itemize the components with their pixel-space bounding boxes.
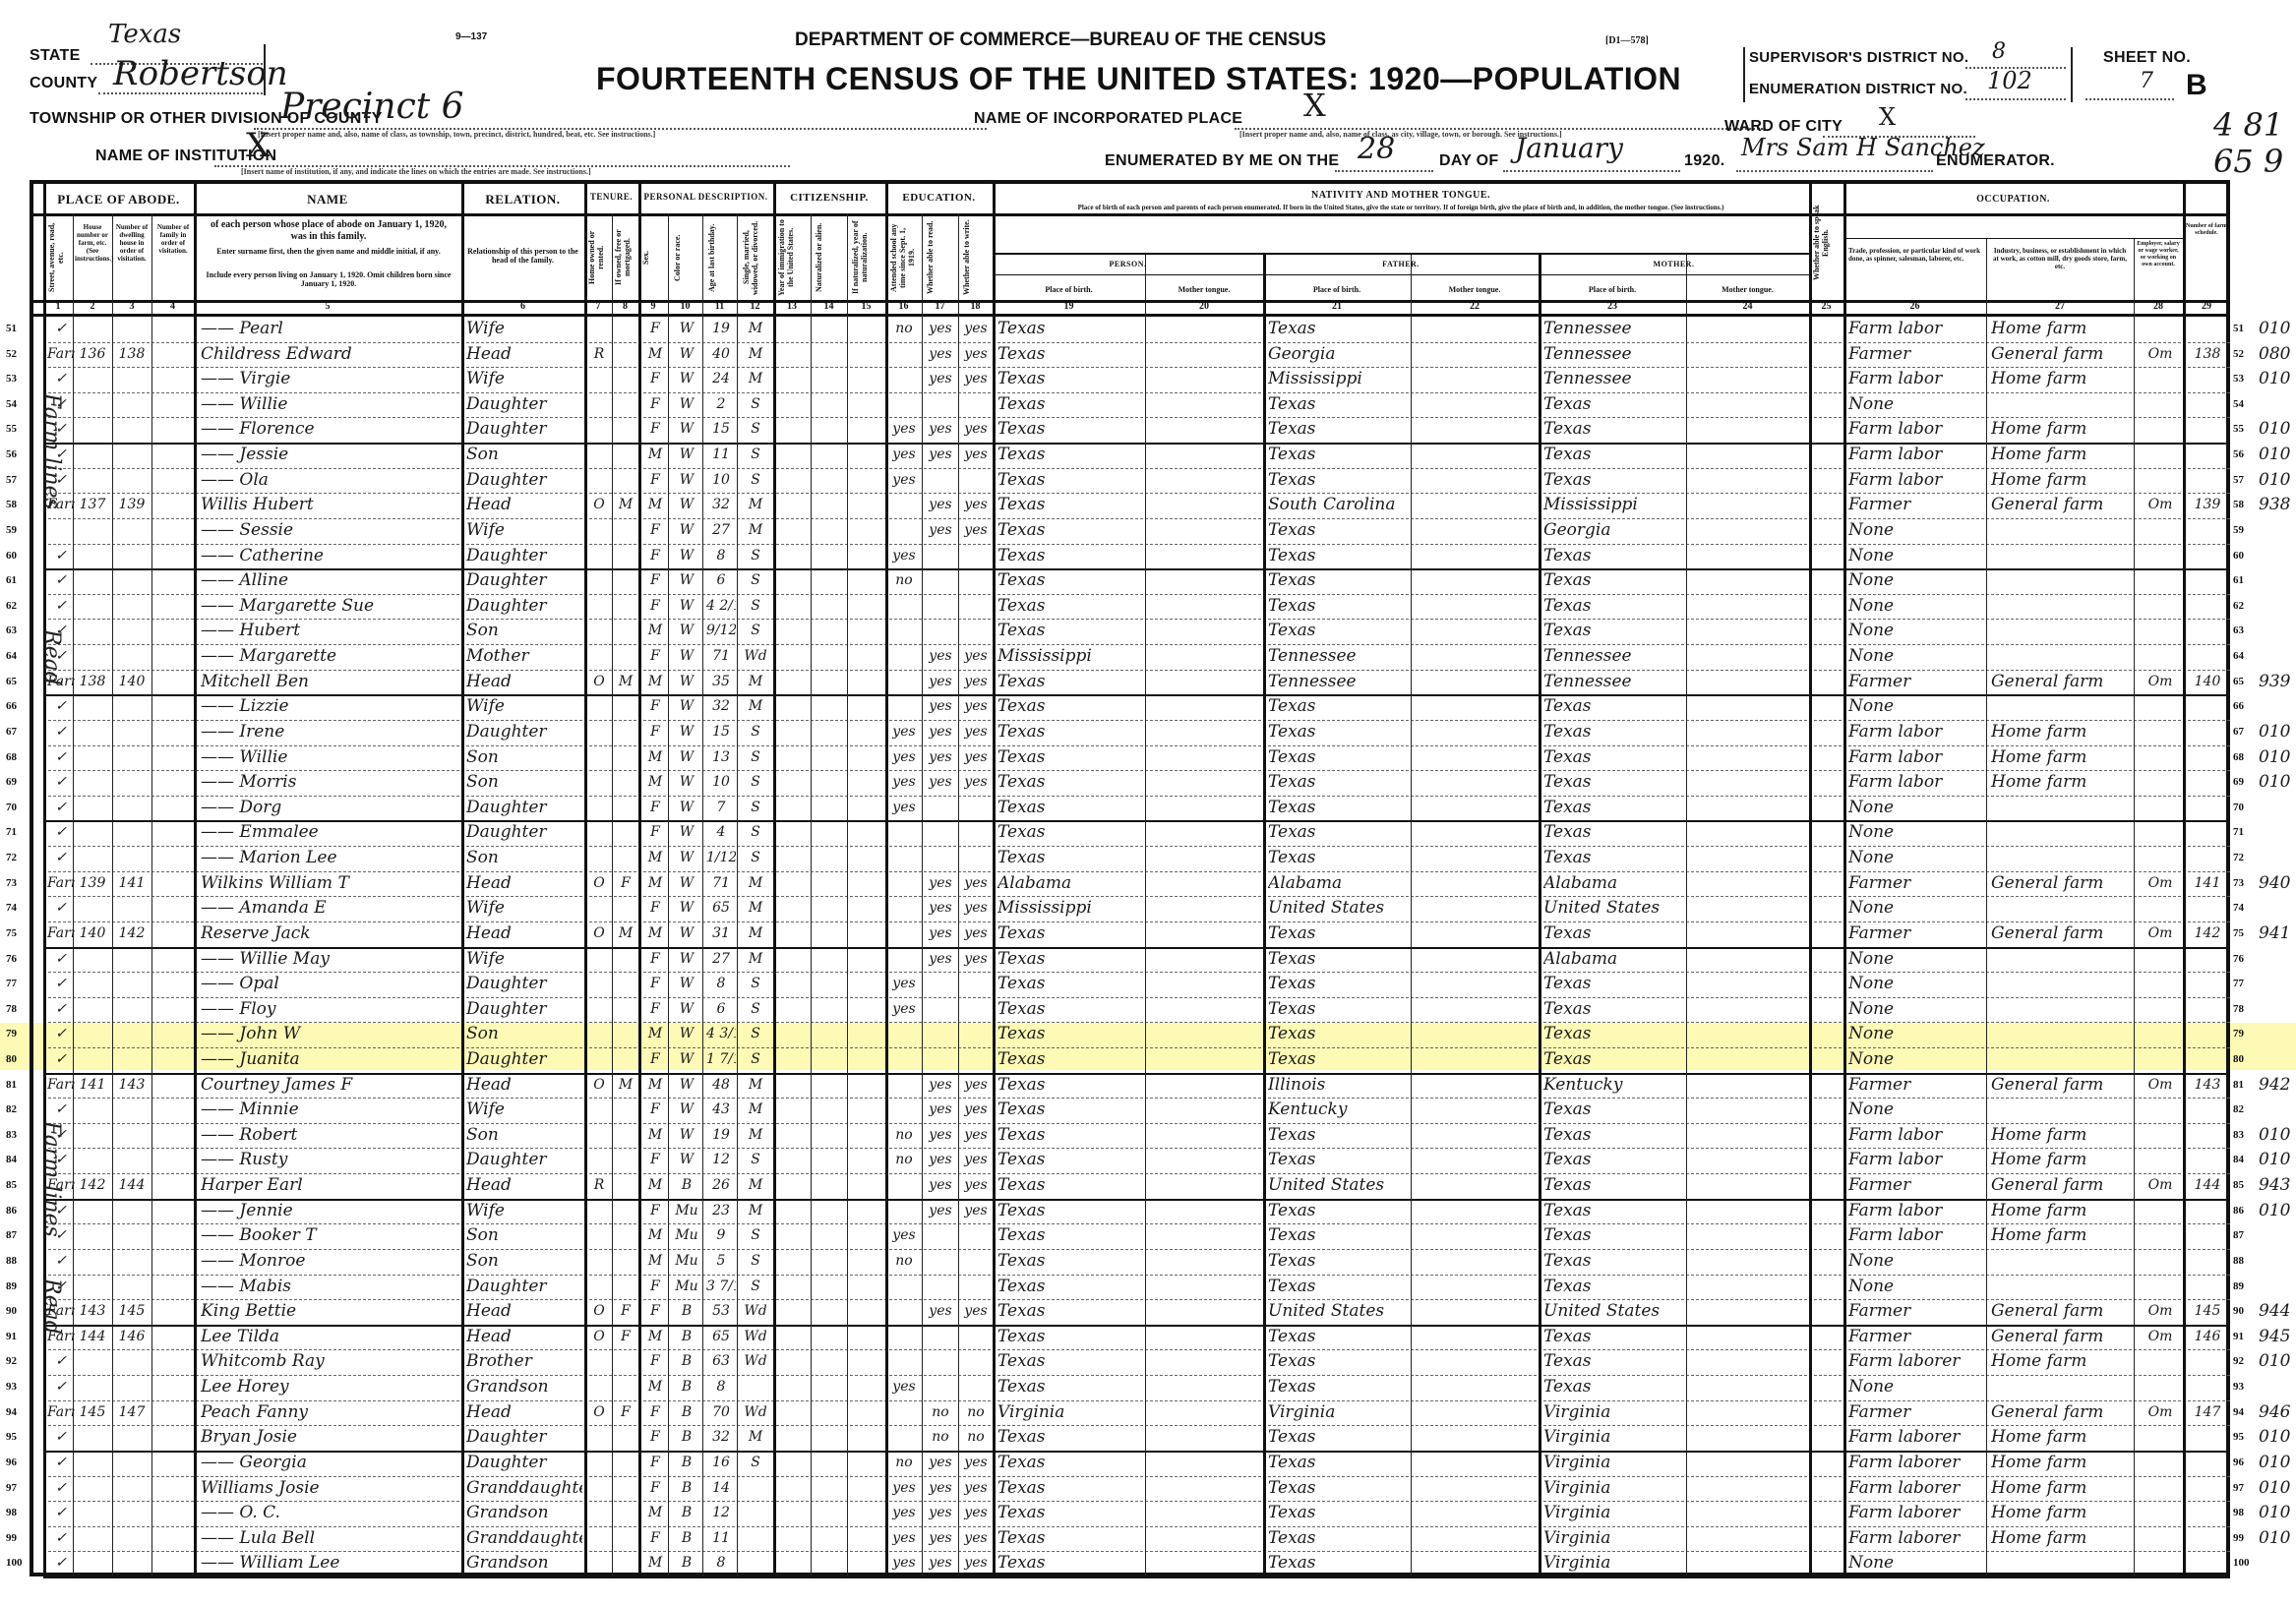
table-row: 63✓—— HubertSonMW9/12STexasTexasTexasNon…: [33, 619, 2230, 644]
table-row: 88✓—— MonroeSonMMu5SnoTexasTexasTexasNon…: [33, 1249, 2230, 1275]
column-number: 27: [1986, 301, 2134, 312]
line-number: 57: [6, 468, 17, 493]
age-cell: 24: [706, 367, 736, 391]
line-number-right: 86: [2233, 1199, 2244, 1223]
father-birthplace-cell: Alabama: [1268, 871, 1409, 896]
age-cell: 8: [706, 1551, 736, 1575]
age-cell: 15: [706, 417, 736, 442]
farm-schedule-cell: 141: [2186, 871, 2229, 896]
trade-cell: Farm labor: [1848, 770, 1984, 795]
name-cell: —— Alline: [201, 568, 458, 593]
name-cell: Mitchell Ben: [201, 670, 458, 694]
trade-cell: Farm labor: [1848, 745, 1984, 770]
age-cell: 40: [706, 342, 736, 367]
enumerated-day: 28: [1358, 132, 1395, 166]
dwelling-number-cell: 138: [114, 342, 150, 367]
line-number: 88: [6, 1249, 17, 1274]
sex-cell: F: [643, 1148, 667, 1172]
line-number: 92: [6, 1349, 17, 1374]
group-occupation: OCCUPATION.: [1843, 194, 2183, 205]
column-number: 26: [1843, 301, 1986, 312]
table-row: 51✓—— PearlWifeFW19MnoyesyesTexasTexasTe…: [33, 317, 2230, 342]
age-cell: 70: [706, 1400, 736, 1425]
read-cell: yes: [924, 947, 957, 972]
trade-cell: None: [1848, 1047, 1984, 1072]
color-cell: Mu: [673, 1275, 700, 1299]
nativity-subdivider: [993, 253, 1809, 255]
industry-cell: Home farm: [1991, 1425, 2132, 1450]
line-number: 52: [6, 342, 17, 367]
column-number: 6: [461, 301, 584, 312]
trade-cell: None: [1848, 896, 1984, 921]
birthplace-cell: Texas: [997, 720, 1143, 744]
group-nativity: NATIVITY AND MOTHER TONGUE.: [993, 190, 1809, 201]
mother-birthplace-cell: Texas: [1543, 468, 1684, 493]
free-mortgaged-cell: F: [614, 1325, 637, 1349]
employer-cell: Om: [2139, 1325, 2182, 1349]
name-cell: —— Lula Bell: [201, 1526, 458, 1551]
father-birthplace-cell: Texas: [1268, 1047, 1409, 1072]
employer-cell: Om: [2139, 342, 2182, 367]
table-row: 87✓—— Booker TSonMMu9SyesTexasTexasTexas…: [33, 1223, 2230, 1249]
father-birthplace-cell: Texas: [1268, 694, 1409, 719]
line-number-right: 66: [2233, 694, 2244, 719]
line-number: 75: [6, 921, 17, 946]
marital-cell: S: [740, 1223, 771, 1248]
color-cell: B: [673, 1299, 700, 1324]
read-cell: yes: [924, 367, 957, 391]
institution-value: X: [246, 126, 270, 165]
sex-cell: F: [643, 694, 667, 719]
line-number-right: 96: [2233, 1451, 2244, 1475]
employer-cell: Om: [2139, 1173, 2182, 1198]
name-cell: Peach Fanny: [201, 1400, 458, 1425]
industry-cell: Home farm: [1991, 317, 2132, 341]
color-cell: B: [673, 1375, 700, 1399]
line-number: 70: [6, 796, 17, 820]
mother-birthplace-cell: Texas: [1543, 568, 1684, 593]
street-cell: Farm: [47, 871, 75, 896]
line-number-right: 54: [2233, 392, 2244, 417]
name-cell: —— Monroe: [201, 1249, 458, 1274]
school-cell: yes: [887, 544, 921, 568]
header-father: FATHER.: [1263, 260, 1539, 268]
table-row: 60✓—— CatherineDaughterFW8SyesTexasTexas…: [33, 544, 2230, 569]
write-cell: yes: [960, 871, 992, 896]
age-cell: 8: [706, 972, 736, 996]
line-number-right: 89: [2233, 1275, 2244, 1299]
group-place-of-abode: PLACE OF ABODE.: [43, 192, 194, 208]
line-number-right: 83: [2233, 1123, 2244, 1148]
table-row: 52Farm136138Childress EdwardHeadRMW40Mye…: [33, 342, 2230, 368]
age-cell: 63: [706, 1349, 736, 1374]
trade-cell: Farm laborer: [1848, 1476, 1984, 1501]
name-cell: —— O. C.: [201, 1501, 458, 1525]
header-name-note1: Enter surname first, then the given name…: [206, 247, 452, 256]
mother-birthplace-cell: Texas: [1543, 1325, 1684, 1349]
industry-cell: Home farm: [1991, 1526, 2132, 1551]
trade-cell: Farm laborer: [1848, 1451, 1984, 1475]
relation-cell: Son: [466, 846, 582, 870]
name-cell: —— Booker T: [201, 1223, 458, 1248]
industry-cell: Home farm: [1991, 1223, 2132, 1248]
sex-cell: M: [643, 871, 667, 896]
line-number: 93: [6, 1375, 17, 1399]
table-row: 65Farm138140Mitchell BenHeadOMMW35Myesye…: [33, 670, 2230, 695]
birthplace-cell: Texas: [997, 820, 1143, 845]
line-number-right: 62: [2233, 594, 2244, 619]
line-number: 65: [6, 670, 17, 694]
home-owned-cell: O: [587, 493, 611, 517]
industry-cell: Home farm: [1991, 770, 2132, 795]
write-cell: yes: [960, 720, 992, 744]
mother-birthplace-cell: Texas: [1543, 921, 1684, 946]
trade-cell: Farm laborer: [1848, 1526, 1984, 1551]
line-number-right: 80: [2233, 1047, 2244, 1072]
column-number: 17: [922, 301, 958, 312]
father-birthplace-cell: Texas: [1268, 1349, 1409, 1374]
coding-mark: 010: [2259, 1526, 2296, 1551]
sex-cell: F: [643, 317, 667, 341]
name-cell: —— Ola: [201, 468, 458, 493]
color-cell: Mu: [673, 1199, 700, 1223]
trade-cell: None: [1848, 1275, 1984, 1299]
enumerator-line: [1736, 162, 1933, 172]
dwelling-number-cell: 143: [114, 1073, 150, 1098]
table-row: 54✓—— WillieDaughterFW2STexasTexasTexasN…: [33, 392, 2230, 418]
coding-mark: 010: [2259, 1123, 2296, 1148]
birthplace-cell: Texas: [997, 1451, 1143, 1475]
trade-cell: None: [1848, 1551, 1984, 1575]
write-cell: yes: [960, 670, 992, 694]
birthplace-cell: Texas: [997, 1425, 1143, 1450]
write-cell: yes: [960, 694, 992, 719]
line-number-right: 93: [2233, 1375, 2244, 1399]
county-label: COUNTY: [30, 75, 97, 92]
color-cell: W: [673, 468, 700, 493]
table-row: 98✓—— O. C.GrandsonMB12yesyesyesTexasTex…: [33, 1501, 2230, 1526]
dwelling-number-cell: 142: [114, 921, 150, 946]
write-cell: yes: [960, 417, 992, 442]
relation-cell: Wife: [466, 317, 582, 341]
line-number: 94: [6, 1400, 17, 1425]
school-cell: yes: [887, 1375, 921, 1399]
employer-cell: Om: [2139, 921, 2182, 946]
sex-cell: F: [643, 1400, 667, 1425]
age-cell: 8: [706, 544, 736, 568]
sex-cell: F: [643, 796, 667, 820]
marital-cell: M: [740, 947, 771, 972]
relation-cell: Head: [466, 1400, 582, 1425]
birthplace-cell: Texas: [997, 997, 1143, 1022]
mother-birthplace-cell: Texas: [1543, 972, 1684, 996]
school-cell: yes: [887, 1526, 921, 1551]
school-cell: yes: [887, 1476, 921, 1501]
age-cell: 27: [706, 947, 736, 972]
line-number-right: 71: [2233, 820, 2244, 845]
free-mortgaged-cell: M: [614, 670, 637, 694]
read-cell: yes: [924, 1526, 957, 1551]
line-number-right: 55: [2233, 417, 2244, 442]
line-number: 61: [6, 568, 17, 593]
relation-cell: Daughter: [466, 568, 582, 593]
line-number: 73: [6, 871, 17, 896]
street-cell: ✓: [47, 1425, 75, 1450]
mother-birthplace-cell: Texas: [1543, 720, 1684, 744]
relation-cell: Son: [466, 770, 582, 795]
table-row: 97✓Williams JosieGranddaughterFB14yesyes…: [33, 1476, 2230, 1502]
relation-cell: Head: [466, 670, 582, 694]
coding-mark: 946: [2259, 1400, 2296, 1425]
free-mortgaged-cell: M: [614, 1073, 637, 1098]
color-cell: B: [673, 1526, 700, 1551]
street-cell: ✓: [47, 997, 75, 1022]
free-mortgaged-cell: M: [614, 493, 637, 517]
relation-cell: Son: [466, 619, 582, 643]
home-owned-cell: O: [587, 921, 611, 946]
census-table: PLACE OF ABODE. NAME RELATION. TENURE. P…: [30, 180, 2230, 1576]
table-row: 61✓—— AllineDaughterFW6SnoTexasTexasTexa…: [33, 568, 2230, 594]
line-number-right: 82: [2233, 1098, 2244, 1122]
color-cell: B: [673, 1325, 700, 1349]
mother-birthplace-cell: Texas: [1543, 1349, 1684, 1374]
color-cell: W: [673, 1148, 700, 1172]
sheet-line: [2085, 90, 2174, 100]
incorporated-note: [Insert proper name and, also, name of c…: [1239, 130, 1562, 139]
read-cell: yes: [924, 770, 957, 795]
color-cell: W: [673, 594, 700, 619]
employer-cell: Om: [2139, 1299, 2182, 1324]
mother-birthplace-cell: Virginia: [1543, 1526, 1684, 1551]
age-cell: 9: [706, 1223, 736, 1248]
mother-birthplace-cell: Texas: [1543, 770, 1684, 795]
nativity-note: Place of birth of each person and parent…: [1007, 204, 1794, 211]
coding-mark: 010: [2259, 1501, 2296, 1525]
relation-cell: Daughter: [466, 417, 582, 442]
line-number-right: 58: [2233, 493, 2244, 517]
column-number: 28: [2134, 301, 2183, 312]
industry-cell: General farm: [1991, 1400, 2132, 1425]
mother-birthplace-cell: United States: [1543, 896, 1684, 921]
mother-birthplace-cell: Virginia: [1543, 1501, 1684, 1525]
father-birthplace-cell: Texas: [1268, 1476, 1409, 1501]
name-cell: —— Opal: [201, 972, 458, 996]
age-cell: 65: [706, 896, 736, 921]
write-cell: no: [960, 1400, 992, 1425]
mother-birthplace-cell: Texas: [1543, 1223, 1684, 1248]
sex-cell: F: [643, 1199, 667, 1223]
sheet-side: B: [2186, 69, 2207, 102]
relation-cell: Grandson: [466, 1375, 582, 1399]
read-cell: yes: [924, 518, 957, 543]
relation-cell: Wife: [466, 947, 582, 972]
house-number-cell: 139: [75, 871, 110, 896]
name-cell: —— Catherine: [201, 544, 458, 568]
mother-birthplace-cell: Texas: [1543, 820, 1684, 845]
header-relation: Relationship of this person to the head …: [466, 247, 579, 265]
color-cell: W: [673, 518, 700, 543]
read-cell: yes: [924, 1551, 957, 1575]
table-row: 78✓—— FloyDaughterFW6SyesTexasTexasTexas…: [33, 997, 2230, 1023]
line-number-right: 79: [2233, 1022, 2244, 1046]
trade-cell: Farmer: [1848, 1400, 1984, 1425]
sex-cell: M: [643, 1375, 667, 1399]
margin-note-farm-lines-2: Farm lines: [39, 1121, 64, 1237]
age-cell: 14: [706, 1476, 736, 1501]
age-cell: 6: [706, 568, 736, 593]
header-house-number: House number or farm, etc. (See instruct…: [75, 223, 110, 263]
line-number-right: 70: [2233, 796, 2244, 820]
mother-birthplace-cell: Texas: [1543, 1098, 1684, 1122]
sex-cell: F: [643, 594, 667, 619]
house-number-cell: 136: [75, 342, 110, 367]
trade-cell: None: [1848, 644, 1984, 669]
write-cell: yes: [960, 342, 992, 367]
industry-cell: General farm: [1991, 1325, 2132, 1349]
header-name-note2: Include every person living on January 1…: [206, 270, 452, 288]
name-cell: —— Pearl: [201, 317, 458, 341]
birthplace-cell: Texas: [997, 417, 1143, 442]
marital-cell: S: [740, 846, 771, 870]
relation-cell: Wife: [466, 367, 582, 391]
birthplace-cell: Texas: [997, 796, 1143, 820]
header-farm-schedule: Number of farm schedule.: [2185, 223, 2228, 237]
header-person-birth: Place of birth.: [993, 284, 1145, 295]
line-number: 69: [6, 770, 17, 795]
line-number: 55: [6, 417, 17, 442]
line-number: 86: [6, 1199, 17, 1223]
read-cell: yes: [924, 493, 957, 517]
birthplace-cell: Texas: [997, 1073, 1143, 1098]
birthplace-cell: Texas: [997, 1375, 1143, 1399]
line-number-right: 65: [2233, 670, 2244, 694]
street-cell: ✓: [47, 1349, 75, 1374]
line-number-right: 67: [2233, 720, 2244, 744]
column-number: 18: [958, 301, 993, 312]
trade-cell: None: [1848, 544, 1984, 568]
color-cell: W: [673, 1098, 700, 1122]
table-row: 84✓—— RustyDaughterFW12SnoyesyesTexasTex…: [33, 1148, 2230, 1173]
line-number-right: 90: [2233, 1299, 2244, 1324]
industry-cell: Home farm: [1991, 417, 2132, 442]
school-cell: yes: [887, 997, 921, 1022]
write-cell: yes: [960, 1551, 992, 1575]
table-row: 62✓—— Margarette SueDaughterFW4 2/12STex…: [33, 594, 2230, 620]
line-number: 78: [6, 997, 17, 1022]
read-cell: yes: [924, 317, 957, 341]
line-number-right: 91: [2233, 1325, 2244, 1349]
supervisor-label: SUPERVISOR'S DISTRICT NO.: [1749, 49, 1968, 66]
supervisor-value: 8: [1992, 39, 2006, 64]
color-cell: W: [673, 820, 700, 845]
school-cell: yes: [887, 417, 921, 442]
sex-cell: F: [643, 1476, 667, 1501]
table-row: 85Farm142144Harper EarlHeadRMB26MyesyesT…: [33, 1173, 2230, 1199]
name-cell: —— Juanita: [201, 1047, 458, 1072]
line-number-right: 100: [2233, 1551, 2250, 1575]
header-trade: Trade, profession, or particular kind of…: [1848, 247, 1981, 263]
line-number: 100: [6, 1551, 23, 1575]
birthplace-cell: Texas: [997, 670, 1143, 694]
column-number: 7: [584, 301, 612, 312]
father-birthplace-cell: Texas: [1268, 619, 1409, 643]
sex-cell: F: [643, 644, 667, 669]
age-cell: 12: [706, 1148, 736, 1172]
relation-cell: Daughter: [466, 1275, 582, 1299]
mother-birthplace-cell: Texas: [1543, 796, 1684, 820]
color-cell: W: [673, 544, 700, 568]
coding-mark: 938: [2259, 493, 2296, 517]
farm-schedule-cell: 147: [2186, 1400, 2229, 1425]
name-cell: —— John W: [201, 1022, 458, 1046]
birthplace-cell: Texas: [997, 518, 1143, 543]
mother-birthplace-cell: Texas: [1543, 997, 1684, 1022]
table-row: 74✓—— Amanda EWifeFW65MyesyesMississippi…: [33, 896, 2230, 921]
color-cell: Mu: [673, 1249, 700, 1274]
mother-birthplace-cell: Texas: [1543, 443, 1684, 467]
column-number: 15: [847, 301, 885, 312]
line-number-right: 77: [2233, 972, 2244, 996]
relation-cell: Son: [466, 1223, 582, 1248]
form-number: 9—137: [455, 31, 487, 42]
dwelling-number-cell: 146: [114, 1325, 150, 1349]
trade-cell: None: [1848, 694, 1984, 719]
column-number: 4: [151, 301, 194, 312]
column-number: 24: [1686, 301, 1809, 312]
relation-cell: Grandson: [466, 1501, 582, 1525]
trade-cell: None: [1848, 820, 1984, 845]
sex-cell: F: [643, 1526, 667, 1551]
street-cell: ✓: [47, 694, 75, 719]
school-cell: yes: [887, 745, 921, 770]
age-cell: 3 7/12: [706, 1275, 736, 1299]
house-number-cell: 140: [75, 921, 110, 946]
birthplace-cell: Texas: [997, 921, 1143, 946]
trade-cell: Farm laborer: [1848, 1349, 1984, 1374]
line-number: 59: [6, 518, 17, 543]
line-number-right: 74: [2233, 896, 2244, 921]
trade-cell: Farm labor: [1848, 1123, 1984, 1148]
marital-cell: M: [740, 1073, 771, 1098]
name-cell: —— Mabis: [201, 1275, 458, 1299]
birthplace-cell: Texas: [997, 1173, 1143, 1198]
trade-cell: Farm labor: [1848, 720, 1984, 744]
table-row: 64✓—— MargaretteMotherFW71WdyesyesMissis…: [33, 644, 2230, 670]
table-row: 94Farm145147Peach FannyHeadOFFB70WdnonoV…: [33, 1400, 2230, 1426]
mother-birthplace-cell: Mississippi: [1543, 493, 1684, 517]
coding-mark: 010: [2259, 1451, 2296, 1475]
write-cell: yes: [960, 1173, 992, 1198]
street-cell: ✓: [47, 1476, 75, 1501]
write-cell: yes: [960, 1148, 992, 1172]
street-cell: ✓: [47, 1375, 75, 1399]
table-row: 83✓—— RobertSonMW19MnoyesyesTexasTexasTe…: [33, 1123, 2230, 1149]
sex-cell: F: [643, 468, 667, 493]
header-read: Whether able to read.: [926, 219, 955, 296]
marital-cell: M: [740, 921, 771, 946]
street-cell: ✓: [47, 1022, 75, 1046]
father-birthplace-cell: Texas: [1268, 468, 1409, 493]
mother-birthplace-cell: Kentucky: [1543, 1073, 1684, 1098]
farm-schedule-cell: 140: [2186, 670, 2229, 694]
mother-birthplace-cell: Texas: [1543, 1375, 1684, 1399]
marital-cell: S: [740, 1275, 771, 1299]
father-birthplace-cell: Texas: [1268, 921, 1409, 946]
table-row: 56✓—— JessieSonMW11SyesyesyesTexasTexasT…: [33, 443, 2230, 468]
home-owned-cell: O: [587, 670, 611, 694]
sex-cell: M: [643, 670, 667, 694]
industry-cell: Home farm: [1991, 1123, 2132, 1148]
